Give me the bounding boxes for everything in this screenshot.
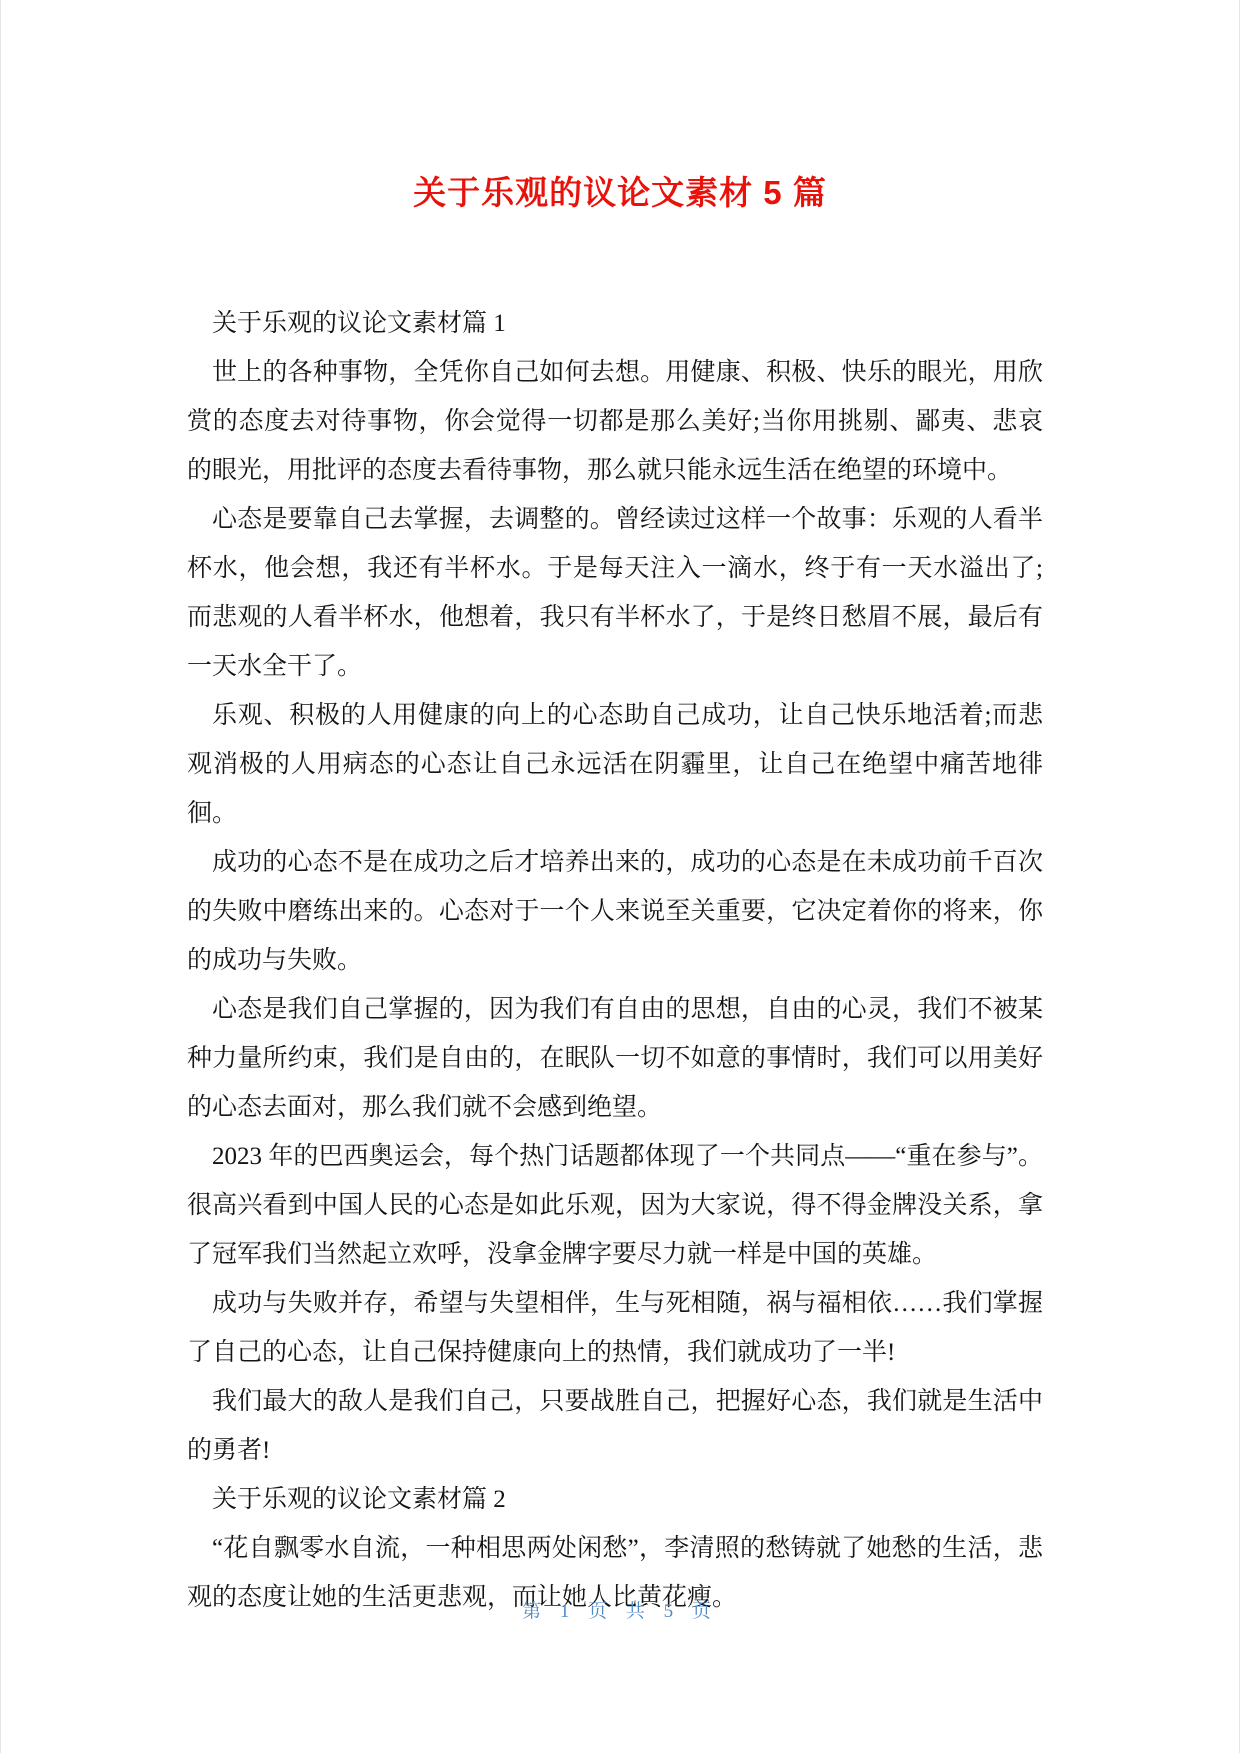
paragraph: 关于乐观的议论文素材篇 1 xyxy=(187,299,1043,348)
paragraph: 关于乐观的议论文素材篇 2 xyxy=(187,1475,1043,1524)
document-body: 关于乐观的议论文素材篇 1世上的各种事物，全凭你自己如何去想。用健康、积极、快乐… xyxy=(1,299,1239,1622)
page-number-footer: 第 1 页 共 5 页 xyxy=(1,1596,1239,1623)
paragraph: 我们最大的敌人是我们自己，只要战胜自己，把握好心态，我们就是生活中的勇者! xyxy=(187,1377,1043,1475)
paragraph: 乐观、积极的人用健康的向上的心态助自己成功，让自己快乐地活着;而悲观消极的人用病… xyxy=(187,691,1043,838)
paragraph: 成功与失败并存，希望与失望相伴，生与死相随，祸与福相依……我们掌握了自己的心态，… xyxy=(187,1279,1043,1377)
paragraph: 心态是要靠自己去掌握，去调整的。曾经读过这样一个故事：乐观的人看半杯水，他会想，… xyxy=(187,495,1043,691)
document-page: 关于乐观的议论文素材 5 篇 关于乐观的议论文素材篇 1世上的各种事物，全凭你自… xyxy=(0,0,1240,1753)
paragraph: 成功的心态不是在成功之后才培养出来的，成功的心态是在未成功前千百次的失败中磨练出… xyxy=(187,838,1043,985)
paragraph: 心态是我们自己掌握的，因为我们有自由的思想，自由的心灵，我们不被某种力量所约束，… xyxy=(187,985,1043,1132)
paragraph: 2023 年的巴西奥运会，每个热门话题都体现了一个共同点——“重在参与”。很高兴… xyxy=(187,1132,1043,1279)
paragraph: 世上的各种事物，全凭你自己如何去想。用健康、积极、快乐的眼光，用欣赏的态度去对待… xyxy=(187,348,1043,495)
page-title: 关于乐观的议论文素材 5 篇 xyxy=(1,0,1239,211)
